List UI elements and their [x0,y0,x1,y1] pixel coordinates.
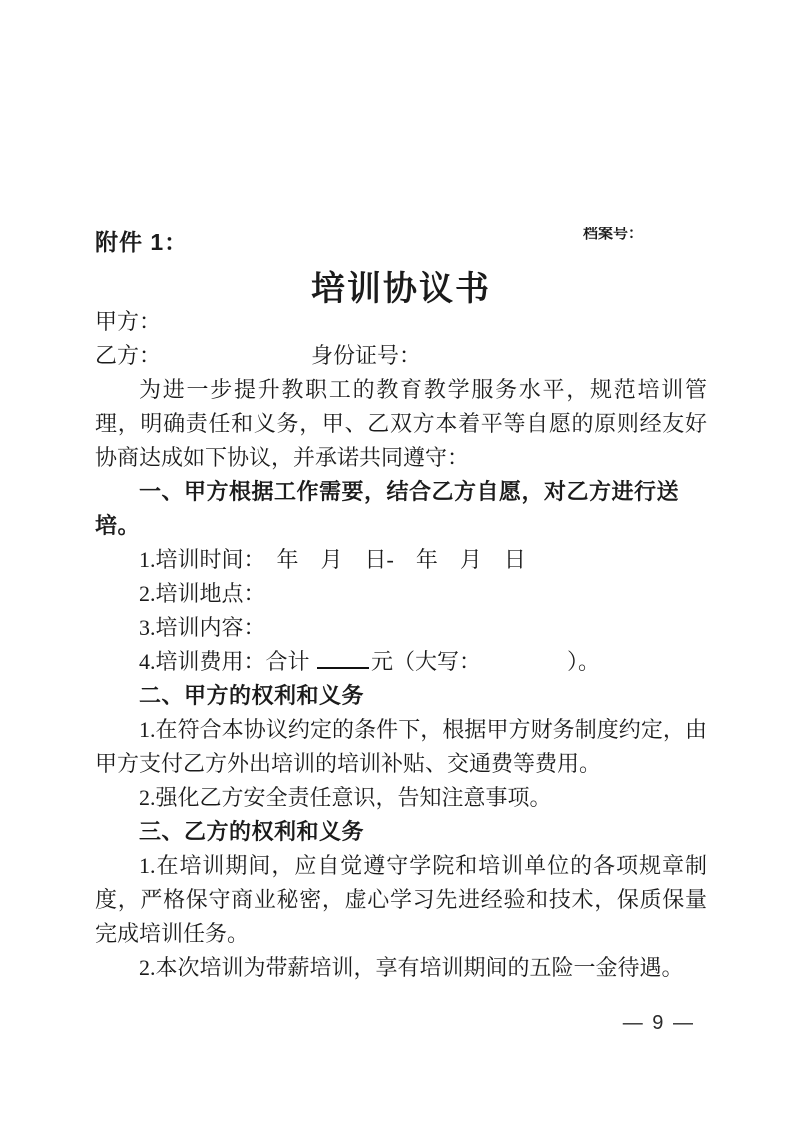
section-three-item-1: 1.在培训期间，应自觉遵守学院和培训单位的各项规章制度，严格保守商业秘密，虚心学… [95,849,707,951]
page-number: — 9 — [623,1012,695,1035]
fee-prefix: 4.培训费用：合计 [139,649,315,674]
training-location-item: 2.培训地点： [95,577,707,611]
attachment-label: 附件 1： [95,224,188,257]
party-a-line: 甲方： [95,305,707,339]
training-fee-item: 4.培训费用：合计 元（大写：）。 [95,645,707,679]
file-number-clipped: 档案号： [583,227,673,240]
training-content-item: 3.培训内容： [95,611,707,645]
fee-unit: 元（大写： [371,649,481,674]
section-two-item-1: 1.在符合本协议约定的条件下，根据甲方财务制度约定，由甲方支付乙方外出培训的培训… [95,713,707,781]
section-three-heading: 三、乙方的权利和义务 [95,815,707,849]
section-one-heading: 一、甲方根据工作需要，结合乙方自愿，对乙方进行送培。 [95,475,707,543]
training-time-item: 1.培训时间： 年 月 日- 年 月 日 [95,543,707,577]
section-two-item-2: 2.强化乙方安全责任意识，告知注意事项。 [95,781,707,815]
section-three-item-2: 2.本次培训为带薪培训，享有培训期间的五险一金待遇。 [95,951,707,985]
document-page: 附件 1： 档案号： 培训协议书 甲方： 乙方：身份证号： 为进一步提升教职工的… [0,0,793,1122]
fee-blank-underline [317,647,369,669]
document-body: 甲方： 乙方：身份证号： 为进一步提升教职工的教育教学服务水平，规范培训管理，明… [95,305,707,985]
document-title: 培训协议书 [95,261,707,310]
fee-suffix: ）。 [567,649,600,674]
file-number-label: 档案号： [583,227,643,240]
party-b-line: 乙方：身份证号： [95,339,707,373]
party-b-label: 乙方： [95,343,161,368]
intro-paragraph: 为进一步提升教职工的教育教学服务水平，规范培训管理，明确责任和义务，甲、乙双方本… [95,373,707,475]
section-two-heading: 二、甲方的权利和义务 [95,679,707,713]
id-number-label: 身份证号： [311,343,421,368]
